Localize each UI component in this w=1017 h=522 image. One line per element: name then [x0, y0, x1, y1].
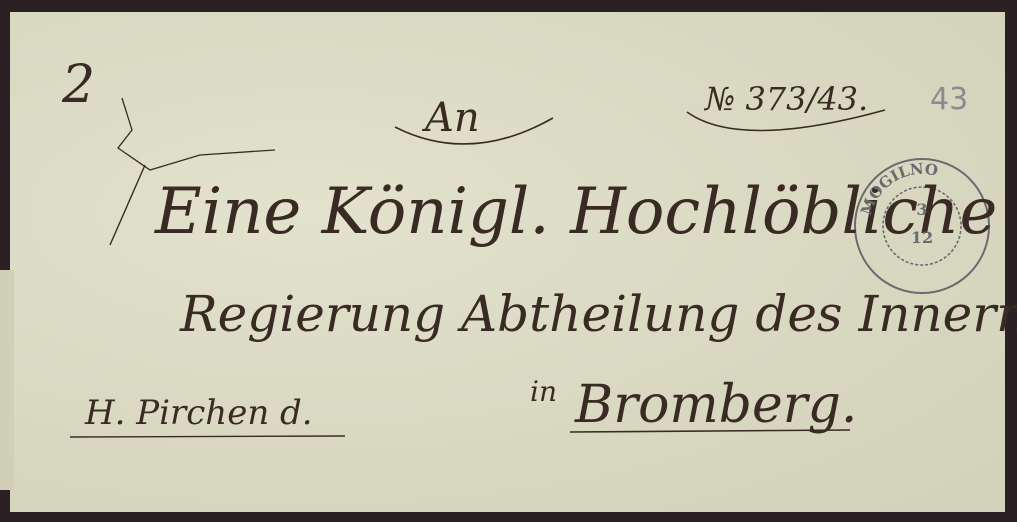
svg-text:12: 12 — [911, 228, 933, 247]
svg-text:3: 3 — [916, 200, 927, 219]
postmark-text: MOGILNO 3 12 — [0, 0, 1017, 522]
